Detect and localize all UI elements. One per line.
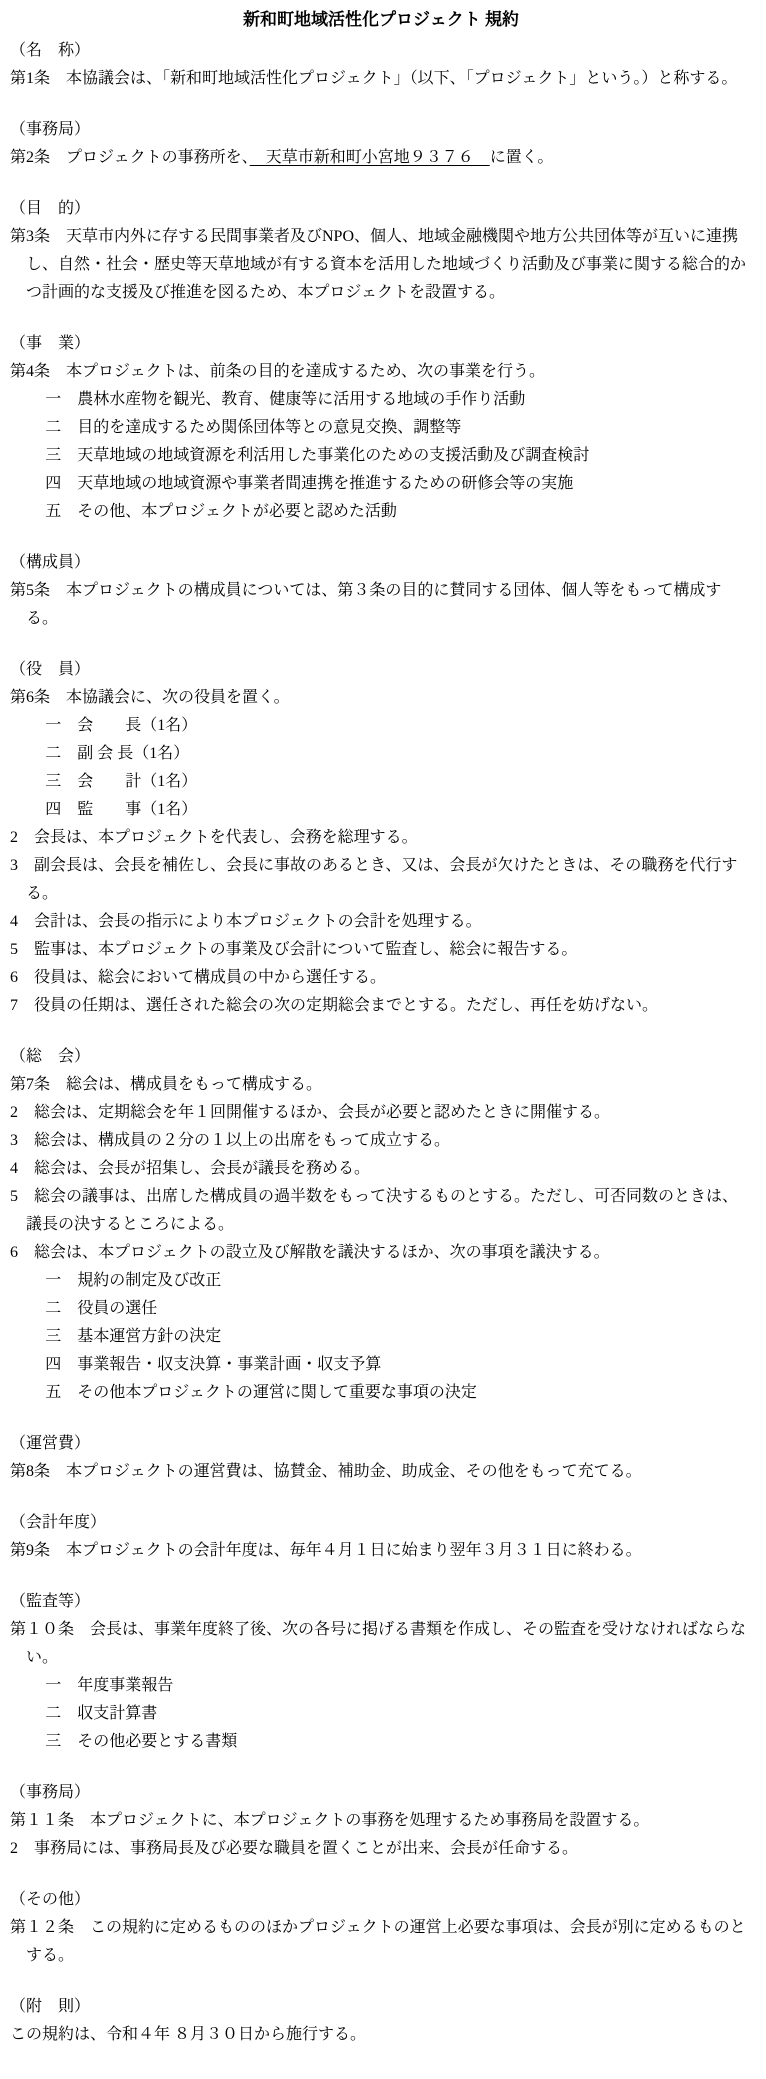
document-sections: （名 称）第1条 本協議会は、「新和町地域活性化プロジェクト」（以下、「プロジェ… bbox=[10, 37, 752, 2049]
section: （構成員）第5条 本プロジェクトの構成員については、第３条の目的に賛同する団体、… bbox=[10, 549, 752, 633]
list-item: 二 副 会 長（1名） bbox=[10, 740, 752, 768]
sub-paragraph: 3 総会は、構成員の２分の１以上の出席をもって成立する。 bbox=[10, 1127, 752, 1155]
section: （その他）第１２条 この規約に定めるもののほかプロジェクトの運営上必要な事項は、… bbox=[10, 1886, 752, 1970]
section-heading: （会計年度） bbox=[10, 1509, 752, 1537]
section: （運営費）第8条 本プロジェクトの運営費は、協賛金、補助金、助成金、その他をもっ… bbox=[10, 1430, 752, 1486]
sub-paragraph: 7 役員の任期は、選任された総会の次の定期総会までとする。ただし、再任を妨げない… bbox=[10, 992, 752, 1020]
article-paragraph: 第4条 本プロジェクトは、前条の目的を達成するため、次の事業を行う。 bbox=[10, 358, 752, 386]
list-item: 三 天草地域の地域資源を利活用した事業化のための支援活動及び調査検討 bbox=[10, 442, 752, 470]
list-item: 五 その他本プロジェクトの運営に関して重要な事項の決定 bbox=[10, 1379, 752, 1407]
list-item: 一 年度事業報告 bbox=[10, 1672, 752, 1700]
section: （監査等）第１０条 会長は、事業年度終了後、次の各号に掲げる書類を作成し、その監… bbox=[10, 1588, 752, 1756]
list-item: 四 事業報告・収支決算・事業計画・収支予算 bbox=[10, 1351, 752, 1379]
section-heading: （監査等） bbox=[10, 1588, 752, 1616]
list-item: 一 規約の制定及び改正 bbox=[10, 1267, 752, 1295]
section: （事務局）第１１条 本プロジェクトに、本プロジェクトの事務を処理するため事務局を… bbox=[10, 1779, 752, 1863]
article-paragraph: 第9条 本プロジェクトの会計年度は、毎年４月１日に始まり翌年３月３１日に終わる。 bbox=[10, 1537, 752, 1565]
section-heading: （名 称） bbox=[10, 37, 752, 65]
section: （附 則）この規約は、令和４年 ８月３０日から施行する。 bbox=[10, 1993, 752, 2049]
section-heading: （運営費） bbox=[10, 1430, 752, 1458]
section: （名 称）第1条 本協議会は、「新和町地域活性化プロジェクト」（以下、「プロジェ… bbox=[10, 37, 752, 93]
article-paragraph: 第5条 本プロジェクトの構成員については、第３条の目的に賛同する団体、個人等をも… bbox=[10, 577, 752, 633]
sub-paragraph: 5 総会の議事は、出席した構成員の過半数をもって決するものとする。ただし、可否同… bbox=[10, 1183, 752, 1239]
section: （会計年度）第9条 本プロジェクトの会計年度は、毎年４月１日に始まり翌年３月３１… bbox=[10, 1509, 752, 1565]
section-heading: （附 則） bbox=[10, 1993, 752, 2021]
list-item: 二 目的を達成するため関係団体等との意見交換、調整等 bbox=[10, 414, 752, 442]
article-paragraph: 第１０条 会長は、事業年度終了後、次の各号に掲げる書類を作成し、その監査を受けな… bbox=[10, 1616, 752, 1672]
article-paragraph: 第3条 天草市内外に存する民間事業者及びNPO、個人、地域金融機関や地方公共団体… bbox=[10, 223, 752, 307]
section-heading: （役 員） bbox=[10, 656, 752, 684]
list-item: 四 天草地域の地域資源や事業者間連携を推進するための研修会等の実施 bbox=[10, 470, 752, 498]
sub-paragraph: 6 総会は、本プロジェクトの設立及び解散を議決するほか、次の事項を議決する。 bbox=[10, 1239, 752, 1267]
section-heading: （目 的） bbox=[10, 195, 752, 223]
list-item: 一 農林水産物を観光、教育、健康等に活用する地域の手作り活動 bbox=[10, 386, 752, 414]
list-item: 二 収支計算書 bbox=[10, 1700, 752, 1728]
section-heading: （その他） bbox=[10, 1886, 752, 1914]
article-paragraph: 第8条 本プロジェクトの運営費は、協賛金、補助金、助成金、その他をもって充てる。 bbox=[10, 1458, 752, 1486]
text-segment: に置く。 bbox=[490, 149, 554, 166]
section-heading: （事務局） bbox=[10, 116, 752, 144]
sub-paragraph: 2 総会は、定期総会を年１回開催するほか、会長が必要と認めたときに開催する。 bbox=[10, 1099, 752, 1127]
section-heading: （構成員） bbox=[10, 549, 752, 577]
article-paragraph: 第1条 本協議会は、「新和町地域活性化プロジェクト」（以下、「プロジェクト」とい… bbox=[10, 65, 752, 93]
underlined-address: 天草市新和町小宮地９３７６ bbox=[250, 149, 490, 166]
document-title: 新和町地域活性化プロジェクト 規約 bbox=[10, 5, 752, 35]
sub-paragraph: 2 会長は、本プロジェクトを代表し、会務を総理する。 bbox=[10, 824, 752, 852]
sub-paragraph: 5 監事は、本プロジェクトの事業及び会計について監査し、総会に報告する。 bbox=[10, 936, 752, 964]
section: （総 会）第7条 総会は、構成員をもって構成する。2 総会は、定期総会を年１回開… bbox=[10, 1043, 752, 1407]
list-item: 四 監 事（1名） bbox=[10, 796, 752, 824]
list-item: 三 その他必要とする書類 bbox=[10, 1728, 752, 1756]
sub-paragraph: 2 事務局には、事務局長及び必要な職員を置くことが出来、会長が任命する。 bbox=[10, 1835, 752, 1863]
list-item: 三 会 計（1名） bbox=[10, 768, 752, 796]
article-paragraph: 第１１条 本プロジェクトに、本プロジェクトの事務を処理するため事務局を設置する。 bbox=[10, 1807, 752, 1835]
section-heading: （事 業） bbox=[10, 330, 752, 358]
section-heading: （総 会） bbox=[10, 1043, 752, 1071]
article-paragraph: 第6条 本協議会に、次の役員を置く。 bbox=[10, 684, 752, 712]
section: （役 員）第6条 本協議会に、次の役員を置く。一 会 長（1名）二 副 会 長（… bbox=[10, 656, 752, 1020]
sub-paragraph: 4 総会は、会長が招集し、会長が議長を務める。 bbox=[10, 1155, 752, 1183]
section: （目 的）第3条 天草市内外に存する民間事業者及びNPO、個人、地域金融機関や地… bbox=[10, 195, 752, 307]
sub-paragraph: 3 副会長は、会長を補佐し、会長に事故のあるとき、又は、会長が欠けたときは、その… bbox=[10, 852, 752, 908]
section: （事 業）第4条 本プロジェクトは、前条の目的を達成するため、次の事業を行う。一… bbox=[10, 330, 752, 526]
sub-paragraph: 6 役員は、総会において構成員の中から選任する。 bbox=[10, 964, 752, 992]
sub-paragraph: 4 会計は、会長の指示により本プロジェクトの会計を処理する。 bbox=[10, 908, 752, 936]
text-segment: 第2条 プロジェクトの事務所を、 bbox=[10, 149, 250, 166]
article-paragraph: 第7条 総会は、構成員をもって構成する。 bbox=[10, 1071, 752, 1099]
article-paragraph: 第2条 プロジェクトの事務所を、 天草市新和町小宮地９３７６ に置く。 bbox=[10, 144, 752, 172]
list-item: 一 会 長（1名） bbox=[10, 712, 752, 740]
document-page: 新和町地域活性化プロジェクト 規約 （名 称）第1条 本協議会は、「新和町地域活… bbox=[0, 0, 766, 2067]
list-item: 三 基本運営方針の決定 bbox=[10, 1323, 752, 1351]
section-heading: （事務局） bbox=[10, 1779, 752, 1807]
list-item: 五 その他、本プロジェクトが必要と認めた活動 bbox=[10, 498, 752, 526]
article-paragraph: 第１２条 この規約に定めるもののほかプロジェクトの運営上必要な事項は、会長が別に… bbox=[10, 1914, 752, 1970]
paragraph: この規約は、令和４年 ８月３０日から施行する。 bbox=[10, 2021, 752, 2049]
list-item: 二 役員の選任 bbox=[10, 1295, 752, 1323]
section: （事務局）第2条 プロジェクトの事務所を、 天草市新和町小宮地９３７６ に置く。 bbox=[10, 116, 752, 172]
